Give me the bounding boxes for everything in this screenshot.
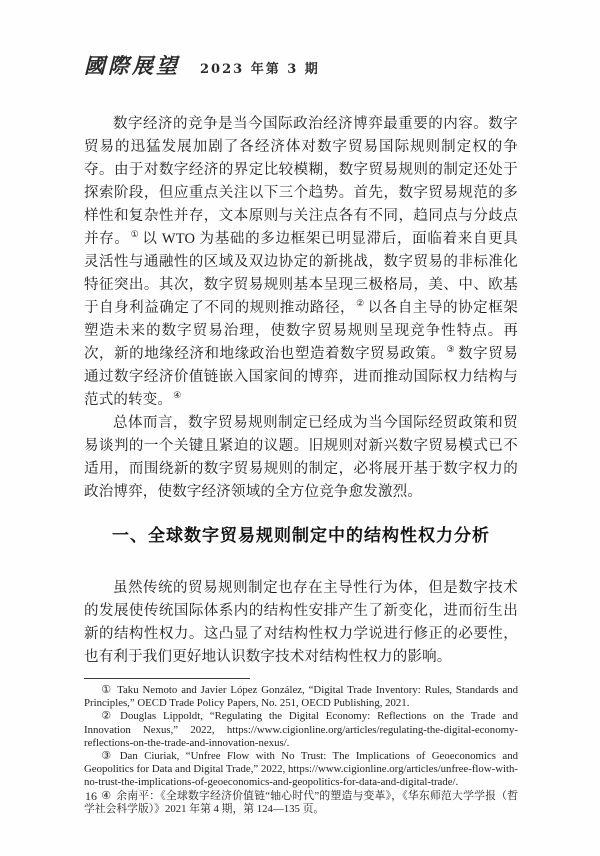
- paragraph-text: 数字经济的竞争是当今国际政治经济博弈最重要的内容。数字贸易的迅猛发展加剧了各经济…: [84, 116, 518, 247]
- page-header: 國際展望 2023 年第 3 期: [84, 0, 518, 80]
- footnote-ref-4: ④: [173, 390, 181, 400]
- footnote-ref-1: ①: [131, 229, 140, 239]
- footnote-divider: [84, 678, 250, 679]
- footnote-text: 余南平：《全球数字经济价值链“轴心时代”的塑造与变革》，《华东师范大学学报（哲学…: [84, 790, 518, 815]
- footnote-item: ③Dan Ciuriak, “Unfree Flow with No Trust…: [84, 750, 518, 790]
- footnotes-section: ①Taku Nemoto and Javier López González, …: [84, 678, 518, 816]
- footnote-marker: ①: [101, 684, 112, 696]
- footnote-marker: ③: [101, 750, 114, 762]
- journal-logo: 國際展望: [84, 50, 180, 80]
- journal-page: 國際展望 2023 年第 3 期 数字经济的竞争是当今国际政治经济博弈最重要的内…: [0, 0, 600, 856]
- footnote-item: ①Taku Nemoto and Javier López González, …: [84, 684, 518, 710]
- paragraph-intro: 数字经济的竞争是当今国际政治经济博弈最重要的内容。数字贸易的迅猛发展加剧了各经济…: [84, 113, 518, 412]
- footnote-item: ④余南平：《全球数字经济价值链“轴心时代”的塑造与变革》，《华东师范大学学报（哲…: [84, 790, 518, 816]
- paragraph-summary: 总体而言，数字贸易规则制定已经成为当今国际经贸政策和贸易谈判的一个关键且紧迫的议…: [84, 412, 518, 504]
- issue-label: 2023 年第 3 期: [200, 58, 320, 77]
- footnote-text: Dan Ciuriak, “Unfree Flow with No Trust:…: [84, 750, 518, 788]
- footnote-item: ②Douglas Lippoldt, “Regulating the Digit…: [84, 710, 518, 750]
- section-heading: 一、全球数字贸易规则制定中的结构性权力分析: [84, 521, 518, 546]
- footnote-ref-3: ③: [446, 344, 455, 354]
- article-body: 数字经济的竞争是当今国际政治经济博弈最重要的内容。数字贸易的迅猛发展加剧了各经济…: [84, 113, 518, 669]
- footnote-text: Taku Nemoto and Javier López González, “…: [84, 684, 518, 709]
- footnote-marker: ④: [101, 790, 111, 802]
- footnote-ref-2: ②: [356, 298, 365, 308]
- footnote-marker: ②: [101, 710, 115, 722]
- paragraph-section-intro: 虽然传统的贸易规则制定也存在主导性行为体，但是数字技术的发展使传统国际体系内的结…: [84, 577, 518, 669]
- page-number: 16: [85, 789, 97, 804]
- footnote-text: Douglas Lippoldt, “Regulating the Digita…: [84, 710, 518, 748]
